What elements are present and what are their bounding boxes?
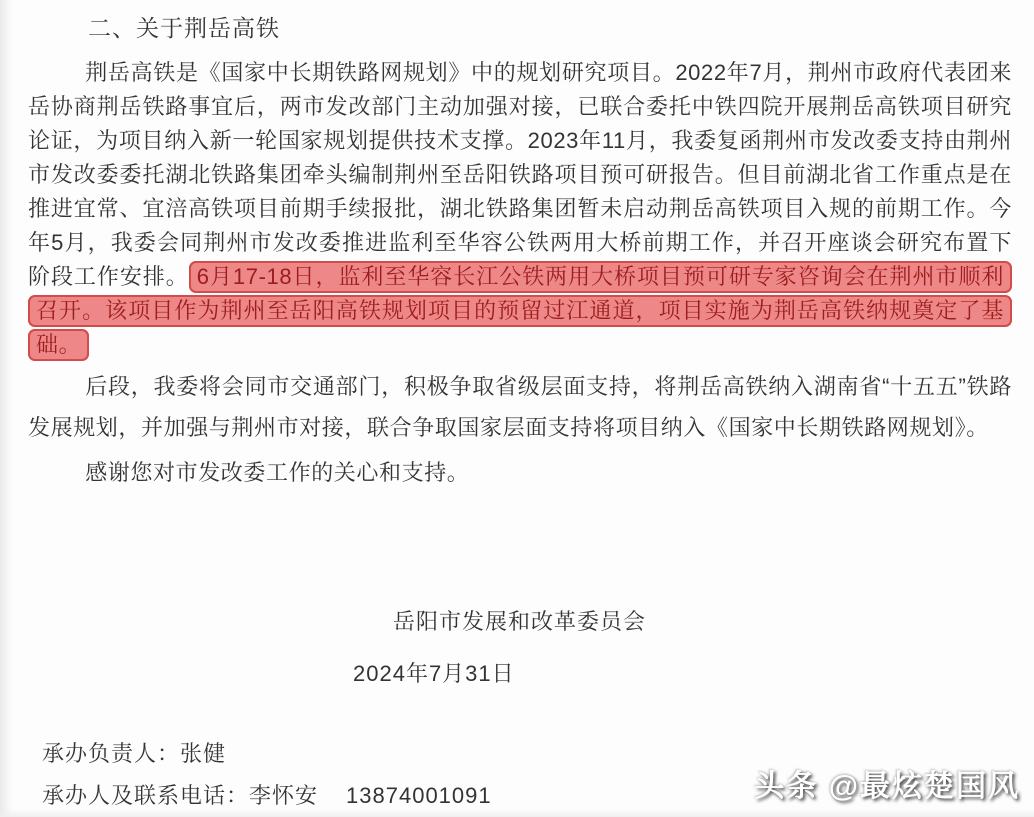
contact-phone: 13874001091 <box>346 783 492 808</box>
contact-label: 承办人及联系电话： <box>42 783 249 808</box>
handler-label: 承办负责人： <box>42 741 180 766</box>
handler-name: 张健 <box>180 741 226 766</box>
contact-name: 李怀安 <box>249 783 318 808</box>
section-title: 二、关于荆岳高铁 <box>88 10 1012 46</box>
body-paragraph-2: 后段，我委将会同市交通部门，积极争取省级层面支持，将荆岳高铁纳入湖南省“十五五”… <box>28 366 1012 448</box>
body-paragraph-1: 荆岳高铁是《国家中长期铁路网规划》中的规划研究项目。2022年7月，荆州市政府代… <box>28 56 1012 362</box>
toutiao-watermark: 头条 @最炫楚国风 <box>754 761 1020 805</box>
closing-paragraph: 感谢您对市发改委工作的关心和支持。 <box>28 452 1012 493</box>
document-page: 二、关于荆岳高铁 荆岳高铁是《国家中长期铁路网规划》中的规划研究项目。2022年… <box>0 0 1034 817</box>
document-content: 二、关于荆岳高铁 荆岳高铁是《国家中长期铁路网规划》中的规划研究项目。2022年… <box>0 0 1034 817</box>
signature-date: 2024年7月31日 <box>353 657 1012 691</box>
paragraph-1-text: 荆岳高铁是《国家中长期铁路网规划》中的规划研究项目。2022年7月，荆州市政府代… <box>28 60 1012 289</box>
signature-organization: 岳阳市发展和改革委员会 <box>393 605 1012 639</box>
